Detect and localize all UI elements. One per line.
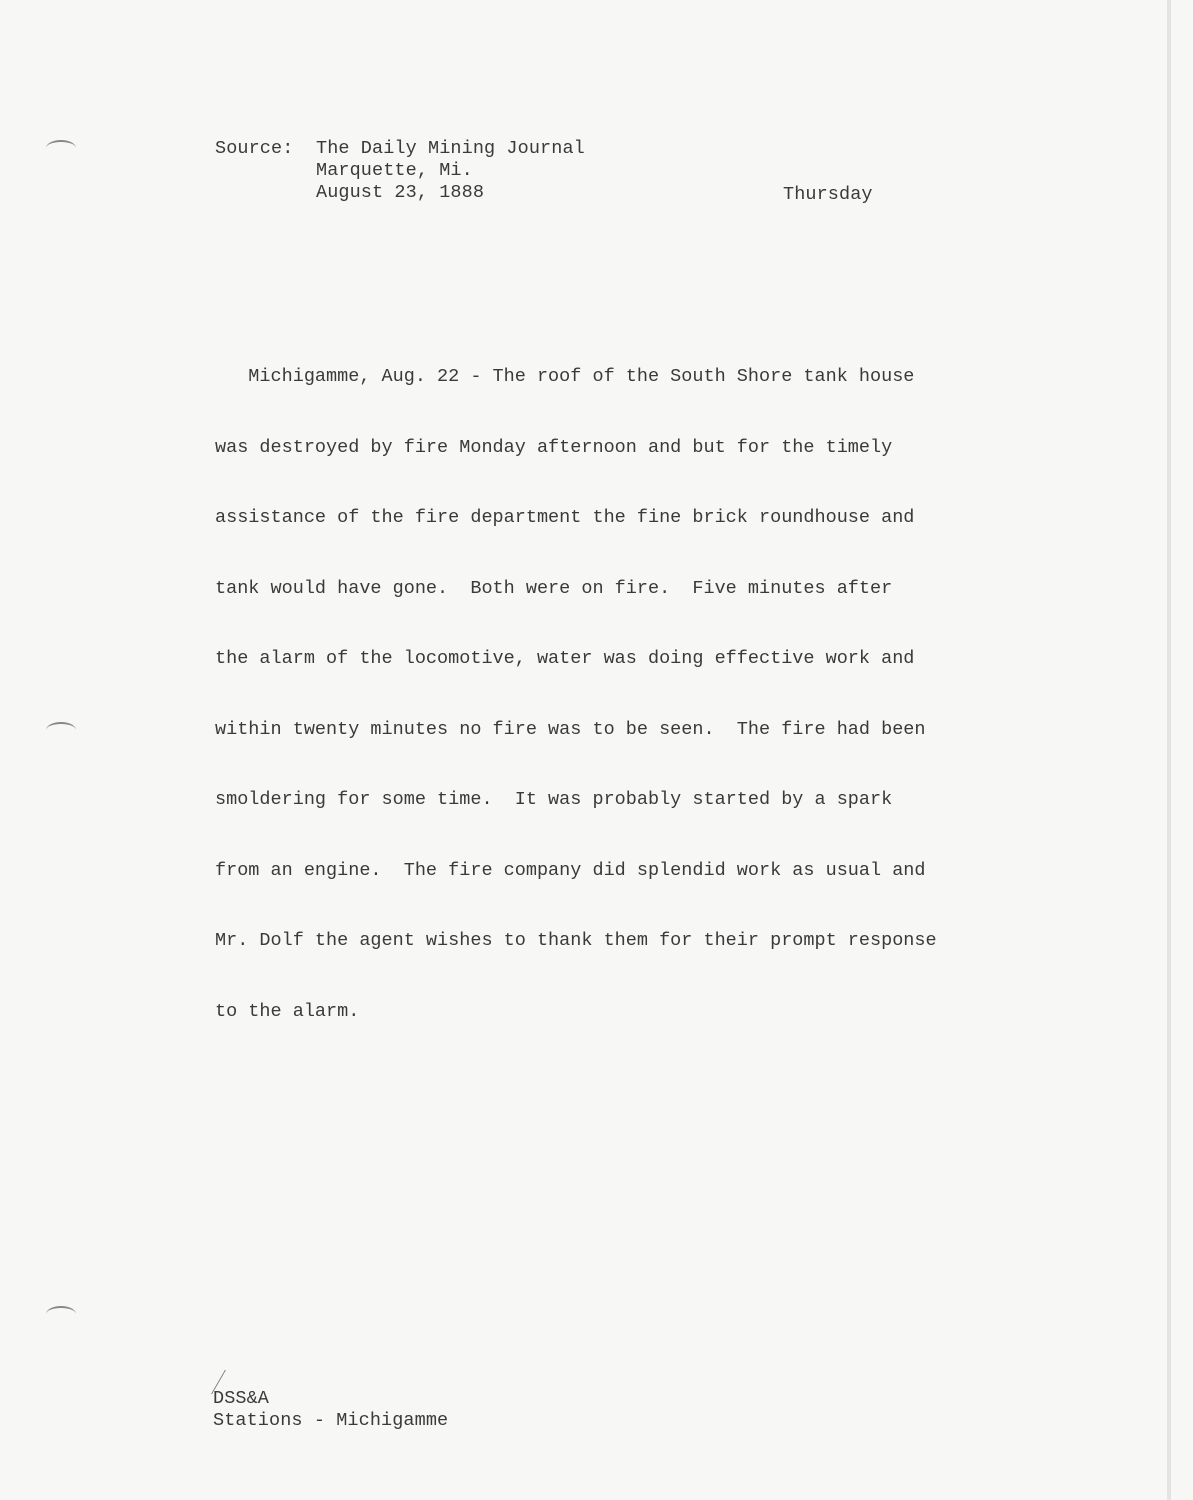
article-line: within twenty minutes no fire was to be … (215, 718, 937, 742)
article-line: to the alarm. (215, 1000, 937, 1024)
binder-hole-mark (46, 140, 76, 156)
publication-date: August 23, 1888 (316, 182, 484, 204)
article-line: smoldering for some time. It was probabl… (215, 788, 937, 812)
article-line: Mr. Dolf the agent wishes to thank them … (215, 929, 937, 953)
page-edge (1167, 0, 1171, 1500)
article-line: Michigamme, Aug. 22 - The roof of the So… (215, 365, 937, 389)
article-body: Michigamme, Aug. 22 - The roof of the So… (215, 318, 937, 1070)
weekday: Thursday (783, 184, 873, 206)
document-page: Source: The Daily Mining Journal Marquet… (0, 0, 1193, 1500)
article-line: was destroyed by fire Monday afternoon a… (215, 436, 937, 460)
article-line: tank would have gone. Both were on fire.… (215, 577, 937, 601)
publication-location: Marquette, Mi. (316, 160, 473, 182)
publication-name: The Daily Mining Journal (316, 138, 585, 160)
binder-hole-mark (46, 1306, 76, 1322)
article-line: assistance of the fire department the fi… (215, 506, 937, 530)
binder-hole-mark (46, 722, 76, 738)
footer-category: DSS&A (213, 1388, 269, 1410)
article-line: the alarm of the locomotive, water was d… (215, 647, 937, 671)
article-line: from an engine. The fire company did spl… (215, 859, 937, 883)
footer-subject: Stations - Michigamme (213, 1410, 448, 1432)
source-label: Source: (215, 138, 293, 160)
